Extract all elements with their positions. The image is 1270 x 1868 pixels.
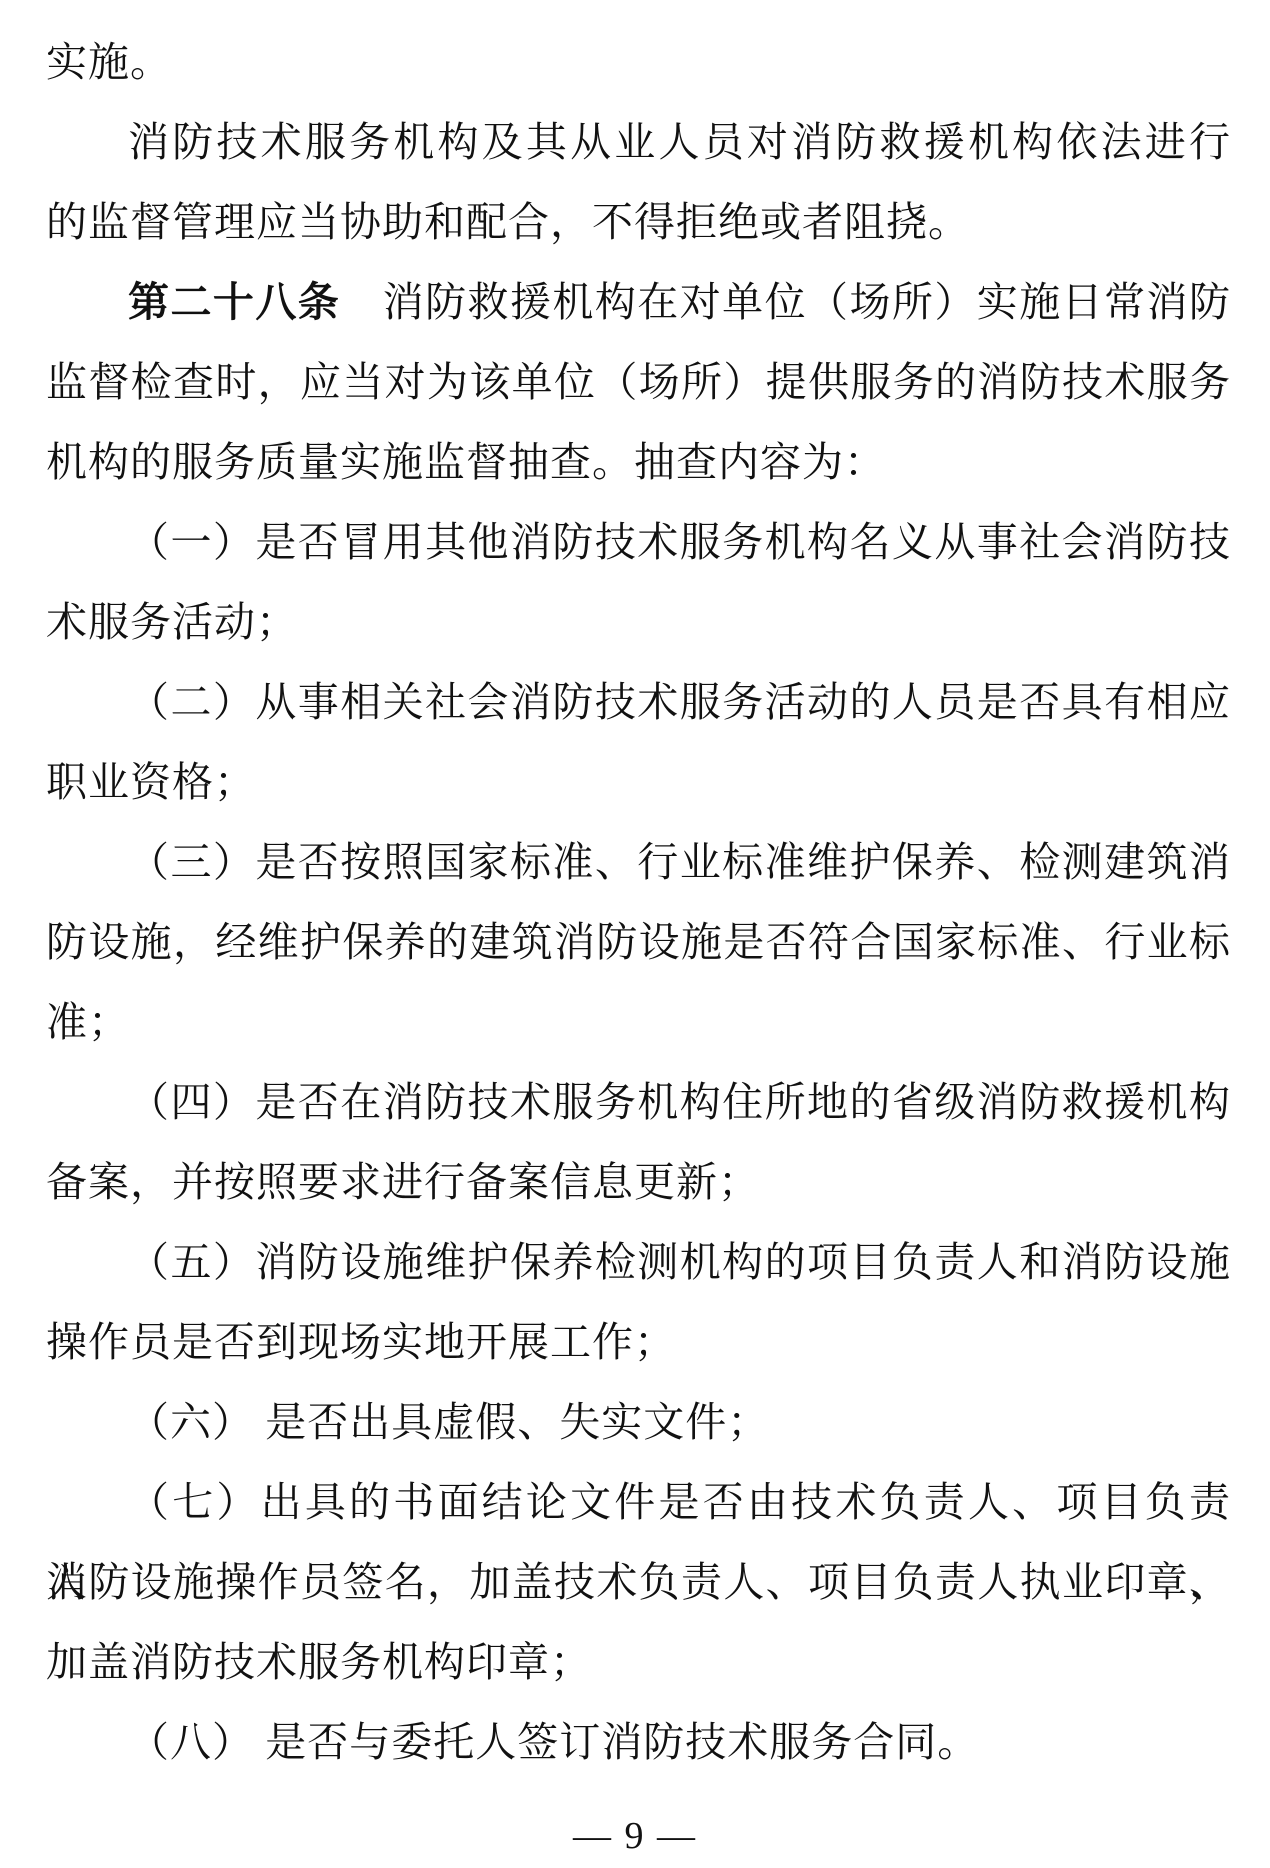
text-line: （六） 是否出具虚假、失实文件；	[46, 1382, 1230, 1462]
text-line: （四）是否在消防技术服务机构住所地的省级消防救援机构	[46, 1062, 1230, 1142]
text-line: （一）是否冒用其他消防技术服务机构名义从事社会消防技	[46, 502, 1230, 582]
line-text: 机构的服务质量实施监督抽查。抽查内容为：	[46, 439, 886, 485]
line-text: 防设施，经维护保养的建筑消防设施是否符合国家标准、行业标	[46, 919, 1230, 965]
text-line: 消防技术服务机构及其从业人员对消防救援机构依法进行	[46, 102, 1230, 182]
page-number: — 9 —	[0, 1808, 1270, 1864]
line-text: 消防设施操作员签名，加盖技术负责人、项目负责人执业印章，	[46, 1559, 1230, 1605]
line-text: 消防技术服务机构及其从业人员对消防救援机构依法进行	[128, 119, 1230, 165]
line-text: （一）是否冒用其他消防技术服务机构名义从事社会消防技	[128, 519, 1230, 565]
text-line: 防设施，经维护保养的建筑消防设施是否符合国家标准、行业标	[46, 902, 1230, 982]
line-text: （四）是否在消防技术服务机构住所地的省级消防救援机构	[128, 1079, 1230, 1125]
text-line: 备案，并按照要求进行备案信息更新；	[46, 1142, 1230, 1222]
document-page: 实施。消防技术服务机构及其从业人员对消防救援机构依法进行的监督管理应当协助和配合…	[0, 0, 1270, 1868]
text-line: 准；	[46, 982, 1230, 1062]
text-line: 术服务活动；	[46, 582, 1230, 662]
line-text: 消防救援机构在对单位（场所）实施日常消防	[381, 279, 1230, 325]
text-line: （五）消防设施维护保养检测机构的项目负责人和消防设施	[46, 1222, 1230, 1302]
line-text: （五）消防设施维护保养检测机构的项目负责人和消防设施	[128, 1239, 1230, 1285]
text-line: 监督检查时，应当对为该单位（场所）提供服务的消防技术服务	[46, 342, 1230, 422]
text-line: 实施。	[46, 22, 1230, 102]
text-line: 第二十八条消防救援机构在对单位（场所）实施日常消防	[46, 262, 1230, 342]
text-line: （八） 是否与委托人签订消防技术服务合同。	[46, 1702, 1230, 1782]
line-text: 备案，并按照要求进行备案信息更新；	[46, 1159, 760, 1205]
text-line: 职业资格；	[46, 742, 1230, 822]
text-line: （二）从事相关社会消防技术服务活动的人员是否具有相应	[46, 662, 1230, 742]
text-line: 机构的服务质量实施监督抽查。抽查内容为：	[46, 422, 1230, 502]
line-text: 准；	[46, 999, 130, 1045]
text-line: （三）是否按照国家标准、行业标准维护保养、检测建筑消	[46, 822, 1230, 902]
text-line: 消防设施操作员签名，加盖技术负责人、项目负责人执业印章，	[46, 1542, 1230, 1622]
text-line: （七）出具的书面结论文件是否由技术负责人、项目负责人、	[46, 1462, 1230, 1542]
line-text: （八） 是否与委托人签订消防技术服务合同。	[128, 1719, 979, 1765]
article-number-heading: 第二十八条	[128, 279, 340, 325]
line-text: 的监督管理应当协助和配合，不得拒绝或者阻挠。	[46, 199, 970, 245]
document-body: 实施。消防技术服务机构及其从业人员对消防救援机构依法进行的监督管理应当协助和配合…	[46, 22, 1230, 1782]
line-text: 职业资格；	[46, 759, 256, 805]
line-text: 加盖消防技术服务机构印章；	[46, 1639, 592, 1685]
line-text: （六） 是否出具虚假、失实文件；	[128, 1399, 769, 1445]
line-text: 操作员是否到现场实地开展工作；	[46, 1319, 676, 1365]
text-line: 操作员是否到现场实地开展工作；	[46, 1302, 1230, 1382]
line-text: （二）从事相关社会消防技术服务活动的人员是否具有相应	[128, 679, 1230, 725]
text-line: 的监督管理应当协助和配合，不得拒绝或者阻挠。	[46, 182, 1230, 262]
line-text: 监督检查时，应当对为该单位（场所）提供服务的消防技术服务	[46, 359, 1230, 405]
line-text: 术服务活动；	[46, 599, 298, 645]
text-line: 加盖消防技术服务机构印章；	[46, 1622, 1230, 1702]
line-text: 实施。	[46, 39, 172, 85]
line-text: （三）是否按照国家标准、行业标准维护保养、检测建筑消	[128, 839, 1230, 885]
